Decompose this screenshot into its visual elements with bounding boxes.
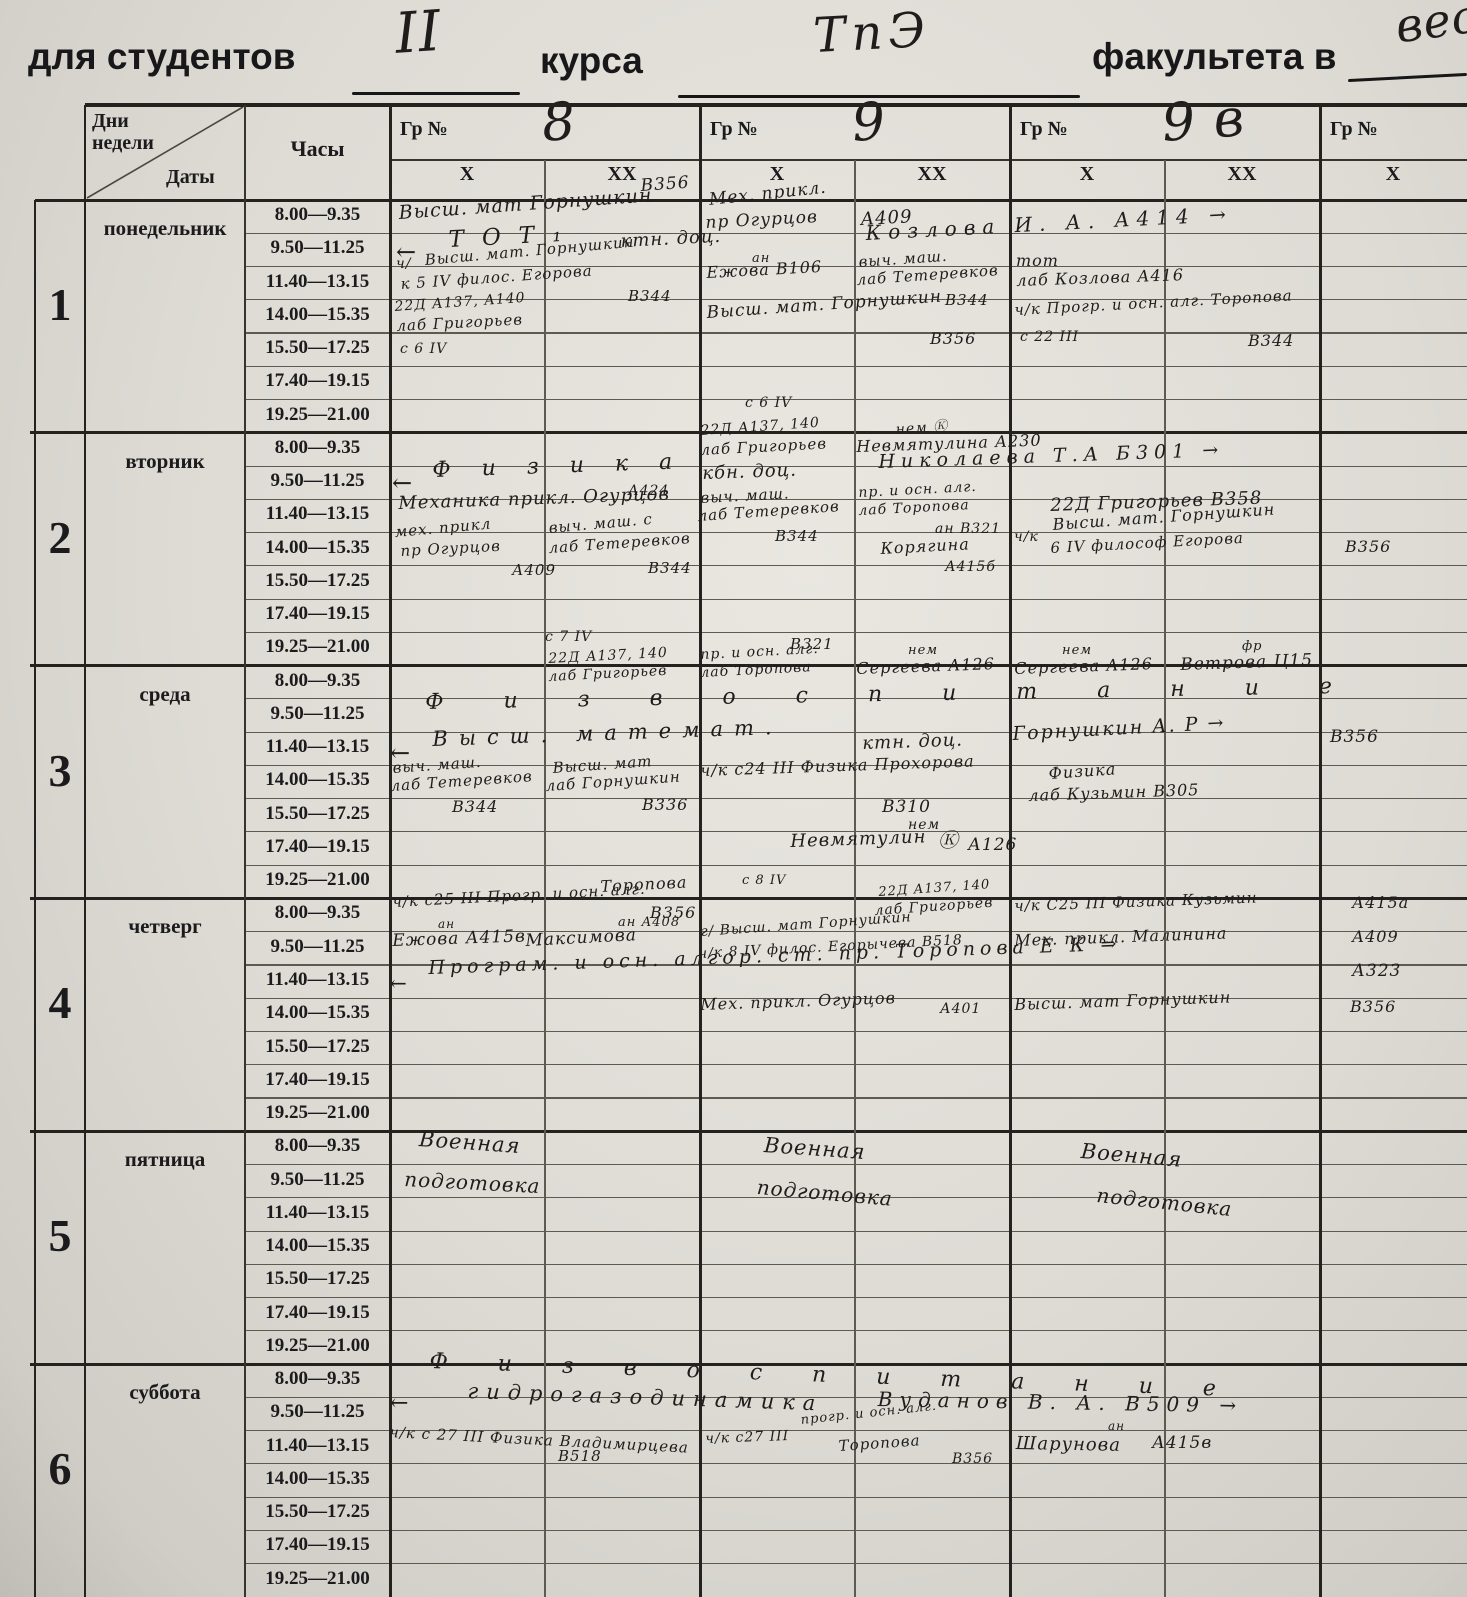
grid-line bbox=[245, 1264, 1467, 1265]
time-label: 15.50—17.25 bbox=[245, 570, 390, 592]
handwritten-entry: с 7 IV bbox=[545, 629, 592, 645]
grid-line bbox=[245, 565, 1467, 566]
handwritten-entry: Торопова bbox=[838, 1431, 921, 1455]
schedule-page: для студентов курса факультета в II ТпЭ … bbox=[0, 0, 1467, 1597]
time-label: 8.00—9.35 bbox=[245, 437, 390, 459]
day-name: среда bbox=[85, 682, 245, 707]
corner-diagonal bbox=[85, 105, 245, 200]
time-label: 17.40—19.15 bbox=[245, 370, 390, 392]
handwritten-entry: тот bbox=[1016, 251, 1059, 270]
hours-header: Часы bbox=[245, 136, 390, 162]
time-label: 17.40—19.15 bbox=[245, 1534, 390, 1556]
handwritten-entry: Механика прикл. Огурцов bbox=[398, 484, 670, 514]
group-number: 9 bbox=[850, 92, 888, 154]
handwritten-entry: Ежова В106 bbox=[706, 257, 823, 282]
handwritten-entry: Ежова А415в bbox=[392, 926, 526, 951]
handwritten-entry: Сергеева А126 bbox=[856, 654, 995, 678]
grid-line bbox=[390, 159, 1467, 160]
time-label: 11.40—13.15 bbox=[245, 271, 390, 293]
handwritten-entry: В344 bbox=[648, 559, 692, 577]
handwritten-entry: лаб Григорьев bbox=[700, 434, 827, 459]
grid-line bbox=[245, 798, 1467, 799]
handwritten-entry: А415в bbox=[1152, 1433, 1212, 1453]
handwritten-entry: Сергеева А126 bbox=[1014, 654, 1153, 678]
grid-line bbox=[245, 1297, 1467, 1298]
handwritten-entry: лаб Торопова bbox=[858, 497, 970, 519]
time-label: 9.50—11.25 bbox=[245, 1169, 390, 1191]
handwritten-entry: ктн. доц. bbox=[862, 729, 963, 754]
handwritten-entry: пр Огурцов bbox=[705, 207, 818, 233]
handwritten-entry: Физика bbox=[432, 449, 704, 483]
day-name: понедельник bbox=[85, 216, 245, 241]
handwritten-entry: В356 bbox=[1350, 997, 1396, 1016]
handwritten-entry: А409 bbox=[512, 561, 556, 579]
handwritten-entry: В356 bbox=[1330, 727, 1379, 747]
handwritten-entry: В344 bbox=[775, 527, 819, 545]
time-label: 14.00—15.35 bbox=[245, 537, 390, 559]
grid-line bbox=[85, 103, 1467, 107]
day-name: четверг bbox=[85, 914, 245, 939]
handwritten-entry: ч/к Прогр. и осн. алг. Торопова bbox=[1014, 286, 1293, 319]
grid-line bbox=[245, 1497, 1467, 1498]
group-header-label: Гр № bbox=[1330, 118, 1378, 141]
handwritten-entry: Шарунова bbox=[1016, 1433, 1121, 1456]
handwritten-entry: В356 bbox=[1345, 537, 1391, 556]
grid-line bbox=[245, 1064, 1467, 1065]
time-label: 9.50—11.25 bbox=[245, 470, 390, 492]
handwritten-entry: В344 bbox=[628, 287, 672, 305]
header-course-label: курса bbox=[540, 40, 643, 82]
time-label: 14.00—15.35 bbox=[245, 1468, 390, 1490]
time-label: 11.40—13.15 bbox=[245, 1435, 390, 1457]
time-label: 19.25—21.00 bbox=[245, 1568, 390, 1590]
handwritten-entry: В356 bbox=[930, 329, 976, 348]
time-label: 15.50—17.25 bbox=[245, 337, 390, 359]
faculty-name-handwritten: ТпЭ bbox=[812, 2, 932, 64]
handwritten-entry: Высш. математ. bbox=[432, 715, 783, 751]
day-number: 5 bbox=[35, 1209, 85, 1262]
time-label: 17.40—19.15 bbox=[245, 603, 390, 625]
time-label: 14.00—15.35 bbox=[245, 769, 390, 791]
handwritten-entry: А126 bbox=[968, 835, 1017, 855]
grid-line bbox=[245, 1530, 1467, 1531]
handwritten-entry: Ⓚ bbox=[938, 824, 959, 853]
grid-line bbox=[245, 1164, 1467, 1165]
header-faculty-label: факультета в bbox=[1092, 36, 1337, 78]
handwritten-entry: В344 bbox=[452, 797, 498, 816]
grid-line bbox=[245, 1097, 1467, 1098]
handwritten-entry: лаб Григорьев bbox=[396, 310, 523, 335]
time-label: 11.40—13.15 bbox=[245, 503, 390, 525]
handwritten-entry: Высш. мат Горнушкин bbox=[398, 184, 653, 224]
handwritten-entry: В344 bbox=[945, 291, 989, 309]
time-label: 11.40—13.15 bbox=[245, 1202, 390, 1224]
grid-line bbox=[245, 466, 1467, 467]
handwritten-entry: подготовка bbox=[404, 1167, 541, 1198]
day-number: 3 bbox=[35, 744, 85, 797]
grid-line bbox=[84, 105, 87, 1597]
day-number: 6 bbox=[35, 1442, 85, 1495]
group-number: 9 в bbox=[1160, 88, 1247, 154]
handwritten-entry: ан bbox=[1108, 1419, 1125, 1433]
day-name: суббота bbox=[85, 1380, 245, 1405]
time-label: 19.25—21.00 bbox=[245, 1102, 390, 1124]
handwritten-entry: ч/к С25 III Физика Кузьмин bbox=[1014, 889, 1258, 915]
handwritten-entry: Высш. мат. Горнушкин bbox=[706, 287, 943, 323]
grid-line bbox=[245, 865, 1467, 866]
handwritten-entry: г/ Высш. мат Горнушкин bbox=[700, 909, 912, 940]
time-label: 8.00—9.35 bbox=[245, 1368, 390, 1390]
time-label: 14.00—15.35 bbox=[245, 1002, 390, 1024]
handwritten-entry: В344 bbox=[1248, 331, 1294, 350]
handwritten-entry: Горнушкин А. Р → bbox=[1012, 712, 1226, 745]
time-label: 9.50—11.25 bbox=[245, 1401, 390, 1423]
handwritten-entry: Военная bbox=[1080, 1139, 1183, 1172]
handwritten-entry: ан А408 bbox=[618, 915, 680, 930]
handwritten-entry: ч/к с27 III bbox=[705, 1428, 789, 1447]
group-header-label: Гр № bbox=[400, 118, 448, 141]
grid-line bbox=[245, 399, 1467, 400]
time-label: 17.40—19.15 bbox=[245, 1302, 390, 1324]
subcol-header: XX bbox=[1202, 163, 1282, 186]
grid-line bbox=[245, 1031, 1467, 1032]
handwritten-entry: с 22 III bbox=[1020, 329, 1079, 345]
time-label: 11.40—13.15 bbox=[245, 969, 390, 991]
time-label: 19.25—21.00 bbox=[245, 404, 390, 426]
subcol-header: X bbox=[427, 163, 507, 186]
group-number: 8 bbox=[540, 92, 578, 154]
time-label: 8.00—9.35 bbox=[245, 1135, 390, 1157]
grid-line bbox=[34, 200, 37, 1597]
handwritten-entry: Мех. прикл. Огурцов bbox=[700, 988, 896, 1014]
grid-line bbox=[245, 366, 1467, 367]
subcol-header: X bbox=[1353, 163, 1433, 186]
handwritten-entry: Ветрова Ц15 bbox=[1180, 650, 1313, 675]
time-label: 8.00—9.35 bbox=[245, 204, 390, 226]
handwritten-entry: Физика bbox=[1048, 759, 1117, 783]
handwritten-entry: ч/ bbox=[396, 256, 411, 272]
time-label: 19.25—21.00 bbox=[245, 636, 390, 658]
handwritten-entry: с 6 IV bbox=[745, 395, 792, 411]
handwritten-entry: В518 bbox=[558, 1447, 602, 1465]
time-label: 8.00—9.35 bbox=[245, 902, 390, 924]
day-name: пятница bbox=[85, 1147, 245, 1172]
grid-line bbox=[245, 1330, 1467, 1331]
handwritten-entry: лаб Кузьмин В305 bbox=[1028, 780, 1200, 805]
handwritten-entry: ← bbox=[390, 1391, 409, 1416]
course-number-handwritten: II bbox=[393, 0, 444, 67]
grid-line bbox=[245, 1563, 1467, 1564]
handwritten-entry: ← bbox=[390, 971, 408, 995]
handwritten-entry: В336 bbox=[642, 795, 688, 814]
handwritten-entry: А415а bbox=[1352, 893, 1409, 912]
handwritten-entry: Высш. мат Горнушкин bbox=[1014, 987, 1232, 1014]
handwritten-entry: с 8 IV bbox=[742, 873, 786, 888]
day-number: 1 bbox=[35, 278, 85, 331]
grid-line bbox=[389, 105, 392, 1597]
subcol-header: XX bbox=[892, 163, 972, 186]
term-underline bbox=[1348, 73, 1467, 82]
handwritten-entry: с 6 IV bbox=[400, 341, 447, 357]
grid-line bbox=[245, 1231, 1467, 1232]
course-underline bbox=[352, 92, 520, 95]
handwritten-entry: ктн. доц. bbox=[620, 226, 722, 252]
handwritten-entry: В310 bbox=[882, 797, 931, 817]
handwritten-entry: Корягина bbox=[880, 534, 970, 558]
header-prefix: для студентов bbox=[28, 36, 296, 78]
time-label: 15.50—17.25 bbox=[245, 803, 390, 825]
day-name: вторник bbox=[85, 449, 245, 474]
handwritten-entry: А401 bbox=[940, 1001, 981, 1017]
group-header-label: Гр № bbox=[1020, 118, 1068, 141]
time-label: 15.50—17.25 bbox=[245, 1268, 390, 1290]
handwritten-entry: ч/к bbox=[1014, 529, 1039, 545]
time-label: 17.40—19.15 bbox=[245, 836, 390, 858]
grid-line bbox=[1319, 105, 1322, 1597]
grid-line bbox=[245, 1397, 1467, 1398]
day-number: 4 bbox=[35, 976, 85, 1029]
handwritten-entry: ч/к с 27 III Физика Владимирцева bbox=[389, 1423, 689, 1457]
time-label: 14.00—15.35 bbox=[245, 304, 390, 326]
handwritten-entry: пр Огурцов bbox=[400, 537, 501, 560]
handwritten-entry: лаб Торопова bbox=[700, 659, 812, 681]
time-label: 9.50—11.25 bbox=[245, 936, 390, 958]
subcol-header: X bbox=[1047, 163, 1127, 186]
grid-line bbox=[245, 732, 1467, 733]
handwritten-entry: Козлова И. А. А414 → bbox=[865, 202, 1233, 245]
handwritten-entry: Невмятулин bbox=[790, 826, 927, 852]
grid-line bbox=[245, 599, 1467, 600]
day-number: 2 bbox=[35, 511, 85, 564]
handwritten-entry: ч/к с25 III Прогр. и осн. алг. bbox=[392, 880, 646, 911]
grid-line bbox=[245, 632, 1467, 633]
time-label: 9.50—11.25 bbox=[245, 703, 390, 725]
time-label: 19.25—21.00 bbox=[245, 869, 390, 891]
handwritten-entry: А409 bbox=[1352, 927, 1399, 946]
handwritten-entry: В356 bbox=[952, 1451, 993, 1467]
handwritten-entry: А323 bbox=[1352, 961, 1401, 981]
time-label: 14.00—15.35 bbox=[245, 1235, 390, 1257]
handwritten-entry: кбн. доц. bbox=[702, 460, 797, 484]
handwritten-entry: Военная bbox=[763, 1133, 866, 1164]
grid-line bbox=[244, 105, 246, 1597]
time-label: 8.00—9.35 bbox=[245, 670, 390, 692]
time-label: 17.40—19.15 bbox=[245, 1069, 390, 1091]
handwritten-entry: А415б bbox=[945, 559, 996, 575]
time-label: 9.50—11.25 bbox=[245, 237, 390, 259]
time-label: 15.50—17.25 bbox=[245, 1036, 390, 1058]
term-handwritten: вес bbox=[1392, 0, 1467, 53]
time-label: 19.25—21.00 bbox=[245, 1335, 390, 1357]
handwritten-entry: ч/к с24 III Физика Прохорова bbox=[700, 751, 975, 780]
grid-line bbox=[245, 233, 1467, 234]
handwritten-entry: подготовка bbox=[756, 1175, 894, 1211]
time-label: 15.50—17.25 bbox=[245, 1501, 390, 1523]
group-header-label: Гр № bbox=[710, 118, 758, 141]
grid-line bbox=[245, 1463, 1467, 1464]
time-label: 11.40—13.15 bbox=[245, 736, 390, 758]
